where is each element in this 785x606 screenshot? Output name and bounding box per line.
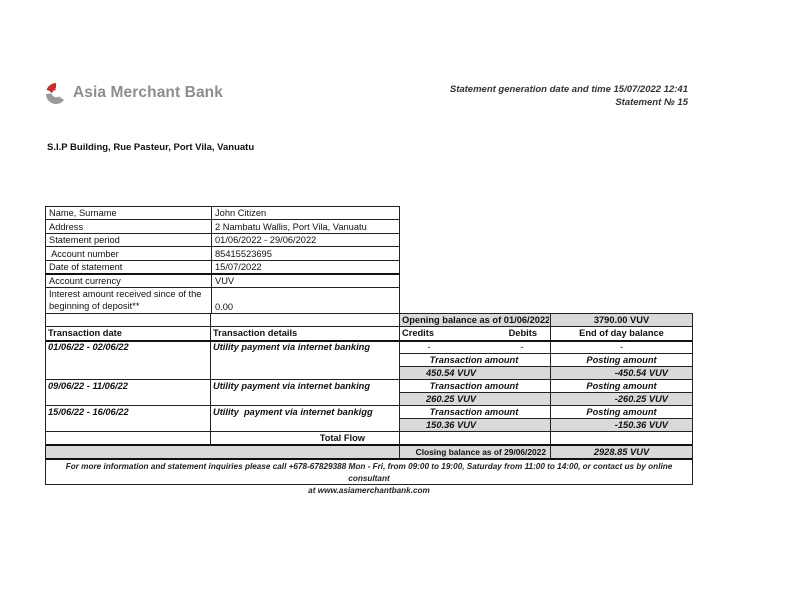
column-end-of-day-balance: End of day balance [550, 327, 693, 339]
info-value: 01/06/2022 - 29/06/2022 [212, 233, 400, 246]
info-row-address: Address 2 Nambatu Wallis, Port Vila, Van… [46, 220, 400, 233]
info-value: John Citizen [212, 207, 400, 220]
info-row-interest: Interest amount received since of the be… [46, 287, 400, 313]
posting-amount-label: Posting amount [550, 380, 693, 392]
transaction-date: 01/06/22 - 02/06/22 [45, 341, 210, 353]
total-flow-label: Total Flow [210, 432, 399, 444]
info-row-account-number: Account number 85415523695 [46, 247, 400, 260]
info-label: Account currency [46, 274, 212, 288]
end-of-day-dash: - [550, 341, 693, 353]
info-label: Date of statement [46, 260, 212, 274]
transaction-amount: 150.36 VUV [399, 419, 549, 431]
posting-amount-label: Posting amount [550, 406, 693, 418]
transaction-details: Utility payment via internet banking [210, 341, 399, 353]
info-value: 15/07/2022 [212, 260, 400, 274]
statement-number: Statement № 15 [450, 96, 688, 109]
info-label: Interest amount received since of the be… [46, 287, 212, 313]
posting-amount-label: Posting amount [550, 354, 693, 366]
column-transaction-details: Transaction details [210, 327, 399, 339]
info-label: Account number [46, 247, 212, 260]
column-transaction-date: Transaction date [45, 327, 210, 339]
debits-dash: - [495, 341, 549, 353]
info-value: 2 Nambatu Wallis, Port Vila, Vanuatu [212, 220, 400, 233]
transaction-details: Utility payment via internet banking [210, 380, 399, 392]
info-row-currency: Account currency VUV [46, 274, 400, 288]
statement-header: Statement generation date and time 15/07… [450, 83, 688, 109]
info-row-date: Date of statement 15/07/2022 [46, 260, 400, 274]
column-debits: Debits [479, 327, 549, 339]
transaction-amount-label: Transaction amount [399, 380, 549, 392]
customer-info-table: Name, Surname John Citizen Address 2 Nam… [45, 206, 400, 314]
bank-logo: Asia Merchant Bank [45, 80, 223, 106]
closing-balance-value: 2928.85 VUV [550, 446, 693, 458]
column-credits: Credits [399, 327, 479, 339]
transaction-amount-label: Transaction amount [399, 406, 549, 418]
info-value: 0.00 [212, 287, 400, 313]
info-row-name: Name, Surname John Citizen [46, 207, 400, 220]
transaction-amount-label: Transaction amount [399, 354, 549, 366]
info-label: Address [46, 220, 212, 233]
footer-website-link[interactable]: at www.asiamerchantbank.com [46, 485, 692, 497]
statement-footer: For more information and statement inqui… [45, 458, 693, 485]
posting-amount: -450.54 VUV [550, 367, 693, 379]
info-value: 85415523695 [212, 247, 400, 260]
transaction-amount: 450.54 VUV [399, 367, 549, 379]
bank-name: Asia Merchant Bank [73, 84, 223, 102]
closing-balance-label: Closing balance as of 29/06/2022 [399, 446, 549, 458]
transaction-date: 15/06/22 - 16/06/22 [45, 406, 210, 418]
bank-address: S.I.P Building, Rue Pasteur, Port Vila, … [47, 142, 254, 153]
info-label: Statement period [46, 233, 212, 246]
posting-amount: -260.25 VUV [550, 393, 693, 405]
opening-balance-value: 3790.00 VUV [550, 314, 693, 326]
transaction-details: Utility payment via internet bankigg [210, 406, 399, 418]
transaction-amount: 260.25 VUV [399, 393, 549, 405]
info-value: VUV [212, 274, 400, 288]
opening-balance-label: Opening balance as of 01/06/2022 [399, 314, 549, 326]
credits-dash: - [399, 341, 459, 353]
posting-amount: -150.36 VUV [550, 419, 693, 431]
footer-contact-info: For more information and statement inqui… [46, 461, 692, 485]
info-label: Name, Surname [46, 207, 212, 220]
info-row-period: Statement period 01/06/2022 - 29/06/2022 [46, 233, 400, 246]
transaction-date: 09/06/22 - 11/06/22 [45, 380, 210, 392]
statement-generation-datetime: Statement generation date and time 15/07… [450, 83, 688, 96]
bank-logo-icon [45, 82, 67, 104]
